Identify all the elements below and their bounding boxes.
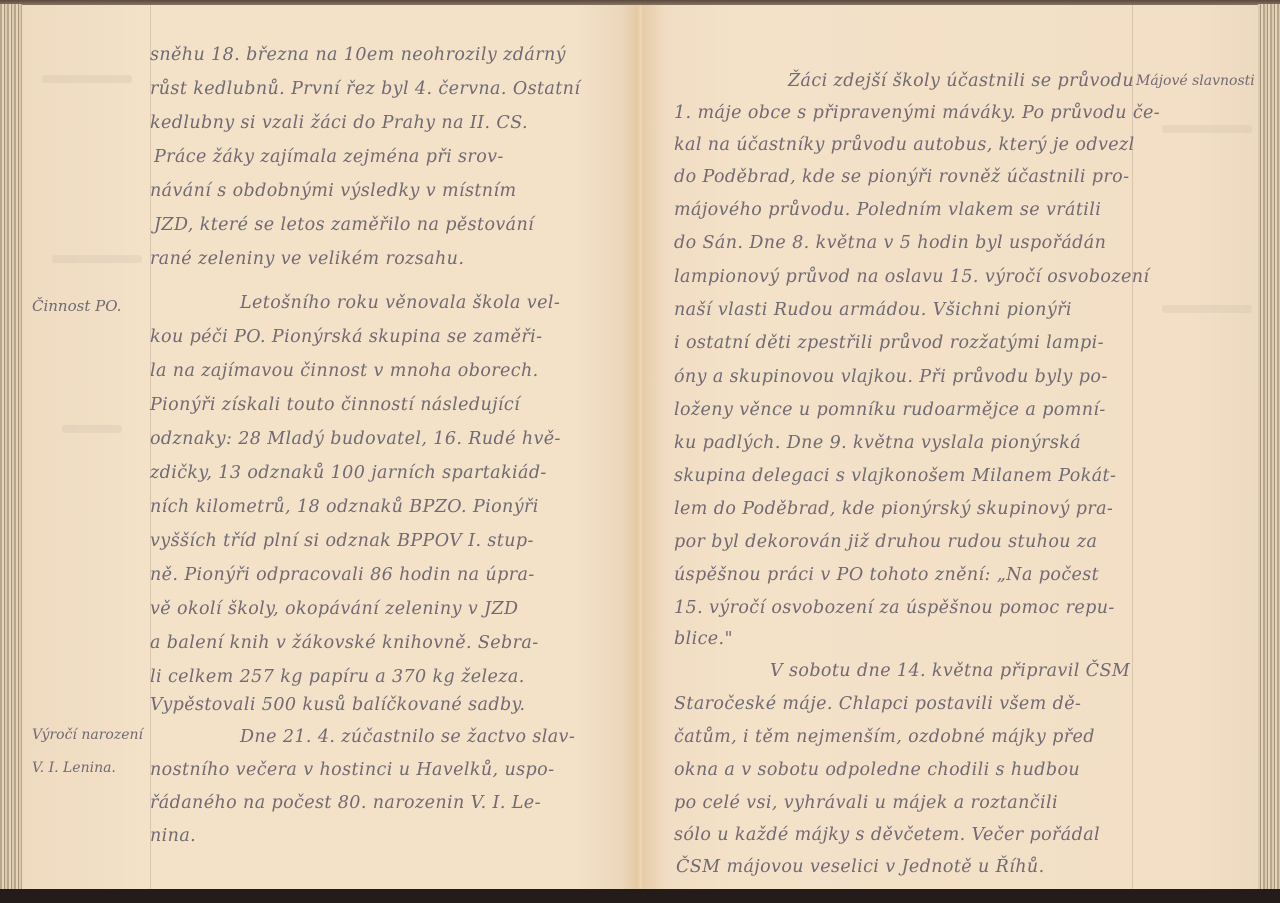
text-line: kedlubny si vzali žáci do Prahy na II. C…	[150, 113, 528, 133]
ink-bleed-through	[42, 75, 132, 83]
text-line: i ostatní děti zpestřili průvod rozžatým…	[674, 333, 1104, 353]
text-line: rané zeleniny ve velikém rozsahu.	[150, 249, 464, 269]
left-page: Činnost PO. Výročí narození V. I. Lenina…	[22, 5, 640, 889]
text-line: JZD, které se letos zaměřilo na pěstován…	[154, 215, 534, 235]
text-line: vyšších tříd plní si odznak BPPOV I. stu…	[150, 531, 534, 551]
ink-bleed-through	[52, 255, 142, 263]
text-line: zdičky, 13 odznaků 100 jarních spartakiá…	[150, 463, 547, 483]
margin-note-lenin: V. I. Lenina.	[32, 760, 116, 776]
text-line: do Poděbrad, kde se pionýři rovněž účast…	[674, 167, 1129, 187]
text-line: návání s obdobnými výsledky v místním	[150, 181, 516, 201]
text-line: řádaného na počest 80. narozenin V. I. L…	[150, 793, 541, 813]
text-line: ně. Pionýři odpracovali 86 hodin na úpra…	[150, 565, 535, 585]
text-line: ku padlých. Dne 9. května vyslala pionýr…	[674, 433, 1081, 453]
text-line: lem do Poděbrad, kde pionýrský skupinový…	[674, 499, 1113, 519]
ink-bleed-through	[62, 425, 122, 433]
text-line: májového průvodu. Poledním vlakem se vrá…	[674, 200, 1101, 220]
text-line: por byl dekorován již druhou rudou stuho…	[674, 532, 1097, 552]
text-line: li celkem 257 kg papíru a 370 kg železa.	[150, 667, 525, 687]
text-line: lampionový průvod na oslavu 15. výročí o…	[674, 267, 1149, 287]
ink-bleed-through	[1162, 305, 1252, 313]
text-line: kou péči PO. Pionýrská skupina se zaměři…	[150, 327, 542, 347]
text-line: ČSM májovou veselici v Jednotě u Říhů.	[676, 857, 1045, 877]
text-line: po celé vsi, vyhrávali u májek a roztanč…	[674, 793, 1058, 813]
paragraph-start-line: Žáci zdejší školy účastnili se průvodu	[788, 71, 1134, 91]
text-line: 15. výročí osvobození za úspěšnou pomoc …	[674, 598, 1115, 618]
text-line: Staročeské máje. Chlapci postavili všem …	[674, 694, 1081, 714]
text-line: Pionýři získali touto činností následují…	[150, 395, 520, 415]
margin-note-cinnost-po: Činnost PO.	[32, 297, 121, 315]
text-line: ních kilometrů, 18 odznaků BPZO. Pionýři	[150, 497, 539, 517]
text-line: kal na účastníky průvodu autobus, který …	[674, 135, 1135, 155]
text-line: do Sán. Dne 8. května v 5 hodin byl uspo…	[674, 233, 1106, 253]
margin-note-majove-slavnosti: Májové slavnosti	[1136, 73, 1255, 89]
text-line: nostního večera v hostinci u Havelků, us…	[150, 760, 554, 780]
text-line: odznaky: 28 Mladý budovatel, 16. Rudé hv…	[150, 429, 561, 449]
right-page: Májové slavnosti Žáci zdejší školy účast…	[642, 5, 1258, 889]
book-cover-bottom-edge	[0, 889, 1280, 903]
paragraph-start-line: Dne 21. 4. zúčastnilo se žactvo slav-	[240, 727, 575, 747]
text-line: skupina delegaci s vlajkonošem Milanem P…	[674, 466, 1116, 486]
page-stack-left-edge	[0, 4, 22, 890]
ink-bleed-through	[1162, 125, 1252, 133]
text-line: óny a skupinovou vlajkou. Při průvodu by…	[674, 367, 1108, 387]
text-line: blice."	[674, 629, 733, 649]
text-line: 1. máje obce s připravenými máváky. Po p…	[674, 103, 1160, 123]
paragraph-start-line: V sobotu dne 14. května připravil ČSM	[770, 661, 1130, 681]
text-line: Vypěstovali 500 kusů balíčkované sadby.	[150, 695, 525, 715]
text-line: růst kedlubnů. První řez byl 4. června. …	[150, 79, 580, 99]
text-line: nina.	[150, 826, 196, 846]
text-line: la na zajímavou činnost v mnoha oborech.	[150, 361, 539, 381]
open-book: Činnost PO. Výročí narození V. I. Lenina…	[0, 0, 1280, 903]
text-line: čatům, i těm nejmenším, ozdobné májky př…	[674, 727, 1095, 747]
text-line: naší vlasti Rudou armádou. Všichni pioný…	[674, 300, 1072, 320]
text-line: okna a v sobotu odpoledne chodili s hudb…	[674, 760, 1080, 780]
text-line: sólo u každé májky s děvčetem. Večer poř…	[674, 825, 1100, 845]
text-line: sněhu 18. března na 10em neohrozily zdár…	[150, 45, 566, 65]
page-stack-right-edge	[1258, 4, 1280, 890]
paragraph-start-line: Letošního roku věnovala škola vel-	[240, 293, 560, 313]
text-line: vě okolí školy, okopávání zeleniny v JZD	[150, 599, 518, 619]
text-line: úspěšnou práci v PO tohoto znění: „Na po…	[674, 565, 1099, 585]
margin-note-vyroci-narozeni: Výročí narození	[32, 727, 143, 743]
text-line: a balení knih v žákovské knihovně. Sebra…	[150, 633, 539, 653]
text-line: loženy věnce u pomníku rudoarmějce a pom…	[674, 400, 1106, 420]
text-line: Práce žáky zajímala zejména při srov-	[154, 147, 504, 167]
